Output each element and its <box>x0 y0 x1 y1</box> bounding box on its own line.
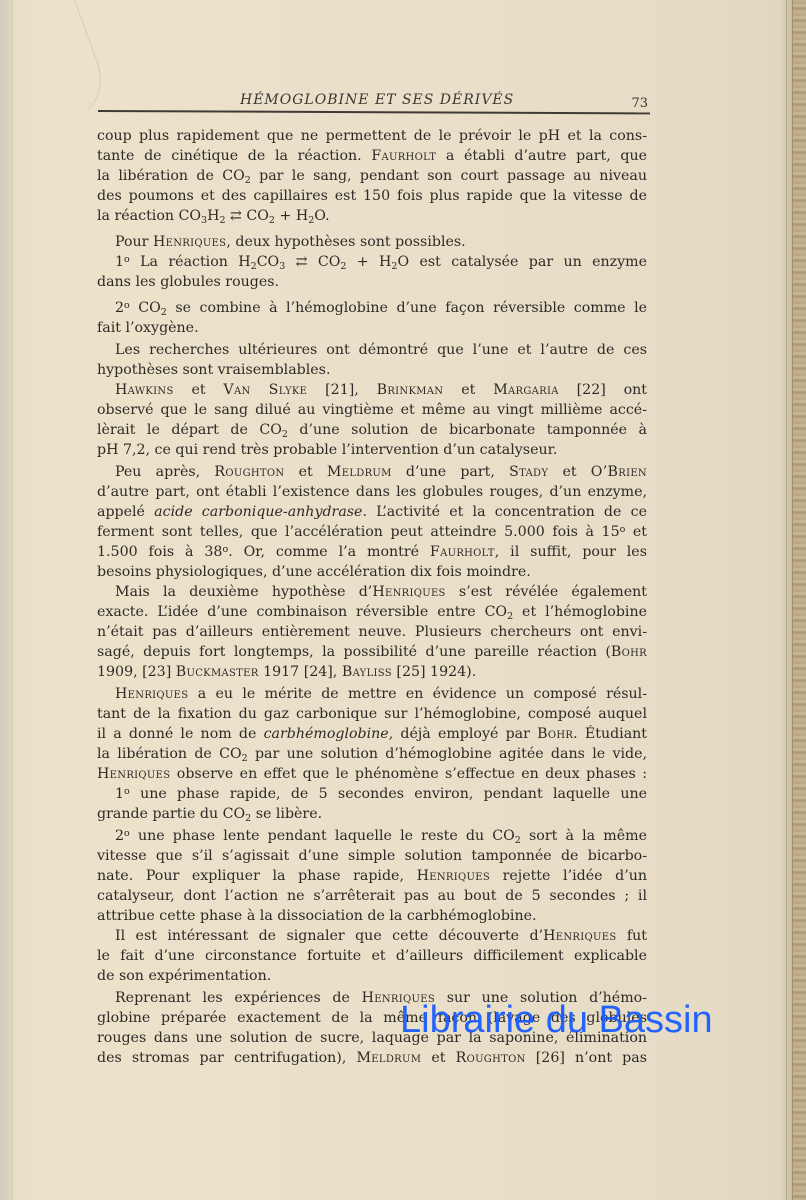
running-head: HÉMOGLOBINE ET SES DÉRIVÉS 73 <box>98 90 654 112</box>
text-line: Henriques observe en effet que le phénom… <box>97 764 647 784</box>
text-line: des stromas par centrifugation), Meldrum… <box>97 1048 647 1068</box>
text-segment: et <box>443 382 493 398</box>
author-name: Henriques <box>153 234 226 250</box>
text-segment: [25] 1924). <box>392 664 476 680</box>
text-segment: O. <box>314 208 329 224</box>
text-line: la réaction CO3H2 ⇄ CO2 + H2O. <box>97 206 647 226</box>
text-line: Les recherches ultérieures ont démontré … <box>97 340 647 360</box>
text-segment: nate. Pour expliquer la phase rapide, <box>97 868 417 884</box>
text-segment: la réaction CO <box>97 208 201 224</box>
text-line: de son expérimentation. <box>97 966 647 986</box>
text-segment: 2 <box>115 300 124 316</box>
text-segment: dans les globules rouges. <box>97 274 279 290</box>
text-line: observé que le sang dilué au vingtième e… <box>97 400 647 420</box>
text-segment: observe en effet que le phénomène s’effe… <box>170 766 647 782</box>
watermark: Librairie du Bassin <box>400 999 713 1042</box>
text-segment: et <box>548 464 591 480</box>
text-line: sagé, depuis fort longtemps, la possibil… <box>97 642 647 662</box>
text-segment: appelé <box>97 504 154 520</box>
text-line: hypothèses sont vraisemblables. <box>97 360 647 380</box>
text-segment: la libération de CO <box>97 746 242 762</box>
text-line: grande partie du CO2 se libère. <box>97 804 647 824</box>
text-line: Mais la deuxième hypothèse d’Henriques s… <box>97 582 647 602</box>
text-segment: grande partie du CO <box>97 806 245 822</box>
text-segment: lèrait le départ de CO <box>97 422 282 438</box>
author-name: Faurholt <box>371 148 436 164</box>
text-line: 1909, [23] Buckmaster 1917 [24], Bayliss… <box>97 662 647 682</box>
text-line: Il est intéressant de signaler que cette… <box>97 926 647 946</box>
text-segment: ⇄ CO <box>285 254 340 270</box>
text-segment: fait l’oxygène. <box>97 320 199 336</box>
text-segment: vitesse que s’il s’agissait d’une simple… <box>97 848 647 864</box>
text-line: Hawkins et Van Slyke [21], Brinkman et M… <box>97 380 647 400</box>
text-line: fait l’oxygène. <box>97 318 647 338</box>
text-segment: se combine à l’hémoglobine d’une façon r… <box>167 300 647 316</box>
text-segment: [21], <box>307 382 376 398</box>
text-segment: pH 7,2, ce qui rend très probable l’inte… <box>97 442 557 458</box>
author-name: Henriques <box>372 584 445 600</box>
text-line: besoins physiologiques, d’une accélérati… <box>97 562 647 582</box>
author-name: Buckmaster <box>176 664 259 680</box>
text-line: 1o La réaction H2CO3 ⇄ CO2 + H2O est cat… <box>97 252 647 272</box>
text-segment: rejette l’idée d’un <box>490 868 647 884</box>
page-right-edge-line <box>786 0 787 1200</box>
text-segment: CO <box>257 254 280 270</box>
text-segment: la libération de CO <box>97 168 245 184</box>
text-segment: des poumons et des capillaires est 150 f… <box>97 188 647 204</box>
text-line: ferment sont telles, que l’accélération … <box>97 522 647 542</box>
text-segment: a eu le mérite de mettre en évidence un … <box>188 686 647 702</box>
text-segment: H <box>207 208 219 224</box>
text-segment: et <box>421 1050 455 1066</box>
text-segment: sort à la même <box>521 828 647 844</box>
author-name: Margaria <box>493 382 559 398</box>
text-line: attribue cette phase à la dissociation d… <box>97 906 647 926</box>
text-line: Peu après, Roughton et Meldrum d’une par… <box>97 462 647 482</box>
text-segment: 2 <box>115 828 124 844</box>
text-line: la libération de CO2 par le sang, pendan… <box>97 166 647 186</box>
text-segment: par le sang, pendant son court passage a… <box>251 168 647 184</box>
author-name: Faurholt <box>430 544 495 560</box>
text-line: pH 7,2, ce qui rend très probable l’inte… <box>97 440 647 460</box>
text-segment: 1917 [24], <box>259 664 342 680</box>
text-segment: [22] ont <box>559 382 647 398</box>
text-line: la libération de CO2 par une solution d’… <box>97 744 647 764</box>
text-segment: hypothèses sont vraisemblables. <box>97 362 330 378</box>
author-name: Hawkins <box>115 382 174 398</box>
text-line: 1.500 fois à 38o. Or, comme l’a montré F… <box>97 542 647 562</box>
text-segment: ⇄ CO <box>225 208 268 224</box>
text-line: 2o CO2 se combine à l’hémoglobine d’une … <box>97 298 647 318</box>
text-segment: . Or, comme l’a montré <box>228 544 430 560</box>
text-segment: une phase rapide, de 5 secondes environ,… <box>130 786 647 802</box>
text-segment: fut <box>616 928 647 944</box>
text-line: Henriques a eu le mérite de mettre en év… <box>97 684 647 704</box>
text-segment: et l’hémoglobine <box>513 604 647 620</box>
text-line: d’autre part, ont établi l’existence dan… <box>97 482 647 502</box>
text-segment: et <box>174 382 224 398</box>
text-line: des poumons et des capillaires est 150 f… <box>97 186 647 206</box>
scanned-page: HÉMOGLOBINE ET SES DÉRIVÉS 73 coup plus … <box>0 0 806 1200</box>
book-page-edges <box>792 0 806 1200</box>
text-segment: coup plus rapidement que ne permettent d… <box>97 128 647 144</box>
text-segment: La réaction H <box>130 254 251 270</box>
text-segment: besoins physiologiques, d’une accélérati… <box>97 564 531 580</box>
text-segment: d’autre part, ont établi l’existence dan… <box>97 484 647 500</box>
text-line: nate. Pour expliquer la phase rapide, He… <box>97 866 647 886</box>
text-line: vitesse que s’il s’agissait d’une simple… <box>97 846 647 866</box>
text-line: 2o une phase lente pendant laquelle le r… <box>97 826 647 846</box>
text-segment: + H <box>346 254 391 270</box>
text-segment: le fait d’une circonstance fortuite et d… <box>97 948 647 964</box>
text-line: dans les globules rouges. <box>97 272 647 292</box>
author-name: Bohr <box>611 644 647 660</box>
author-name: Meldrum <box>356 1050 421 1066</box>
text-segment: ferment sont telles, que l’accélération … <box>97 524 620 540</box>
author-name: Henriques <box>115 686 188 702</box>
text-segment: Il est intéressant de signaler que cette… <box>115 928 543 944</box>
text-segment: des stromas par centrifugation), <box>97 1050 356 1066</box>
text-segment: d’une part, <box>392 464 509 480</box>
text-line: appelé acide carbonique-anhydrase. L’act… <box>97 502 647 522</box>
text-line: coup plus rapidement que ne permettent d… <box>97 126 647 146</box>
text-segment: , il suffit, pour les <box>495 544 647 560</box>
author-name: Brinkman <box>377 382 444 398</box>
text-segment: Reprenant les expériences de <box>115 990 362 1006</box>
author-name: Henriques <box>543 928 616 944</box>
author-name: O’Brien <box>591 464 647 480</box>
text-segment: 1 <box>115 786 124 802</box>
text-segment: 1909, [23] <box>97 664 176 680</box>
text-segment: [26] n’ont pas <box>526 1050 647 1066</box>
author-name: Henriques <box>97 766 170 782</box>
text-segment: Peu après, <box>115 464 214 480</box>
text-segment: + H <box>275 208 308 224</box>
author-name: Bayliss <box>342 664 392 680</box>
text-segment: . Étudiant <box>573 726 647 742</box>
text-segment: et <box>625 524 647 540</box>
text-segment: et <box>284 464 327 480</box>
text-segment: catalyseur, dont l’action ne s’arrêterai… <box>97 888 647 904</box>
text-segment: CO <box>130 300 161 316</box>
text-segment: , deux hypothèses sont possibles. <box>226 234 465 250</box>
text-segment: de son expérimentation. <box>97 968 271 984</box>
text-segment: 1.500 fois à 38 <box>97 544 222 560</box>
author-name: Stady <box>509 464 548 480</box>
text-line: lèrait le départ de CO2 d’une solution d… <box>97 420 647 440</box>
text-segment: tant de la fixation du gaz carbonique su… <box>97 706 647 722</box>
text-segment: , déjà employé par <box>389 726 537 742</box>
text-line: tante de cinétique de la réaction. Faurh… <box>97 146 647 166</box>
text-segment: une phase lente pendant laquelle le rest… <box>130 828 515 844</box>
text-segment: tante de cinétique de la réaction. <box>97 148 371 164</box>
text-line: le fait d’une circonstance fortuite et d… <box>97 946 647 966</box>
author-name: Bohr <box>537 726 573 742</box>
author-name: Roughton <box>456 1050 526 1066</box>
text-segment: s’est révélée également <box>446 584 647 600</box>
text-segment: attribue cette phase à la dissociation d… <box>97 908 537 924</box>
text-segment: 1 <box>115 254 124 270</box>
text-segment: O est catalysée par un enzyme <box>397 254 647 270</box>
page-left-margin-edge <box>0 0 13 1200</box>
text-line: Pour Henriques, deux hypothèses sont pos… <box>97 232 647 252</box>
text-segment: sagé, depuis fort longtemps, la possibil… <box>97 644 611 660</box>
page-number: 73 <box>631 96 648 111</box>
italic-term: acide carbonique-anhydrase <box>154 504 362 520</box>
text-segment: par une solution d’hémoglobine agitée da… <box>248 746 647 762</box>
text-segment: observé que le sang dilué au vingtième e… <box>97 402 647 418</box>
text-line: catalyseur, dont l’action ne s’arrêterai… <box>97 886 647 906</box>
text-segment: il a donné le nom de <box>97 726 264 742</box>
text-line: il a donné le nom de carbhémoglobine, dé… <box>97 724 647 744</box>
text-segment: d’une solution de bicarbonate tamponnée … <box>288 422 647 438</box>
text-line: exacte. L’idée d’une combinaison réversi… <box>97 602 647 622</box>
text-line: n’était pas d’ailleurs entièrement neuve… <box>97 622 647 642</box>
text-segment: n’était pas d’ailleurs entièrement neuve… <box>97 624 647 640</box>
text-line: 1o une phase rapide, de 5 secondes envir… <box>97 784 647 804</box>
text-segment: se libère. <box>251 806 322 822</box>
text-line: tant de la fixation du gaz carbonique su… <box>97 704 647 724</box>
author-name: Van Slyke <box>223 382 307 398</box>
author-name: Henriques <box>417 868 490 884</box>
text-segment: . L’activité et la concentration de ce <box>362 504 647 520</box>
text-segment: exacte. L’idée d’une combinaison réversi… <box>97 604 507 620</box>
text-segment: a établi d’autre part, que <box>436 148 647 164</box>
text-segment: Les recherches ultérieures ont démontré … <box>115 342 647 358</box>
text-segment: Pour <box>115 234 153 250</box>
text-segment: Mais la deuxième hypothèse d’ <box>115 584 372 600</box>
author-name: Meldrum <box>327 464 392 480</box>
running-head-title: HÉMOGLOBINE ET SES DÉRIVÉS <box>240 92 514 108</box>
italic-term: carbhémoglobine <box>264 726 389 742</box>
author-name: Roughton <box>214 464 284 480</box>
